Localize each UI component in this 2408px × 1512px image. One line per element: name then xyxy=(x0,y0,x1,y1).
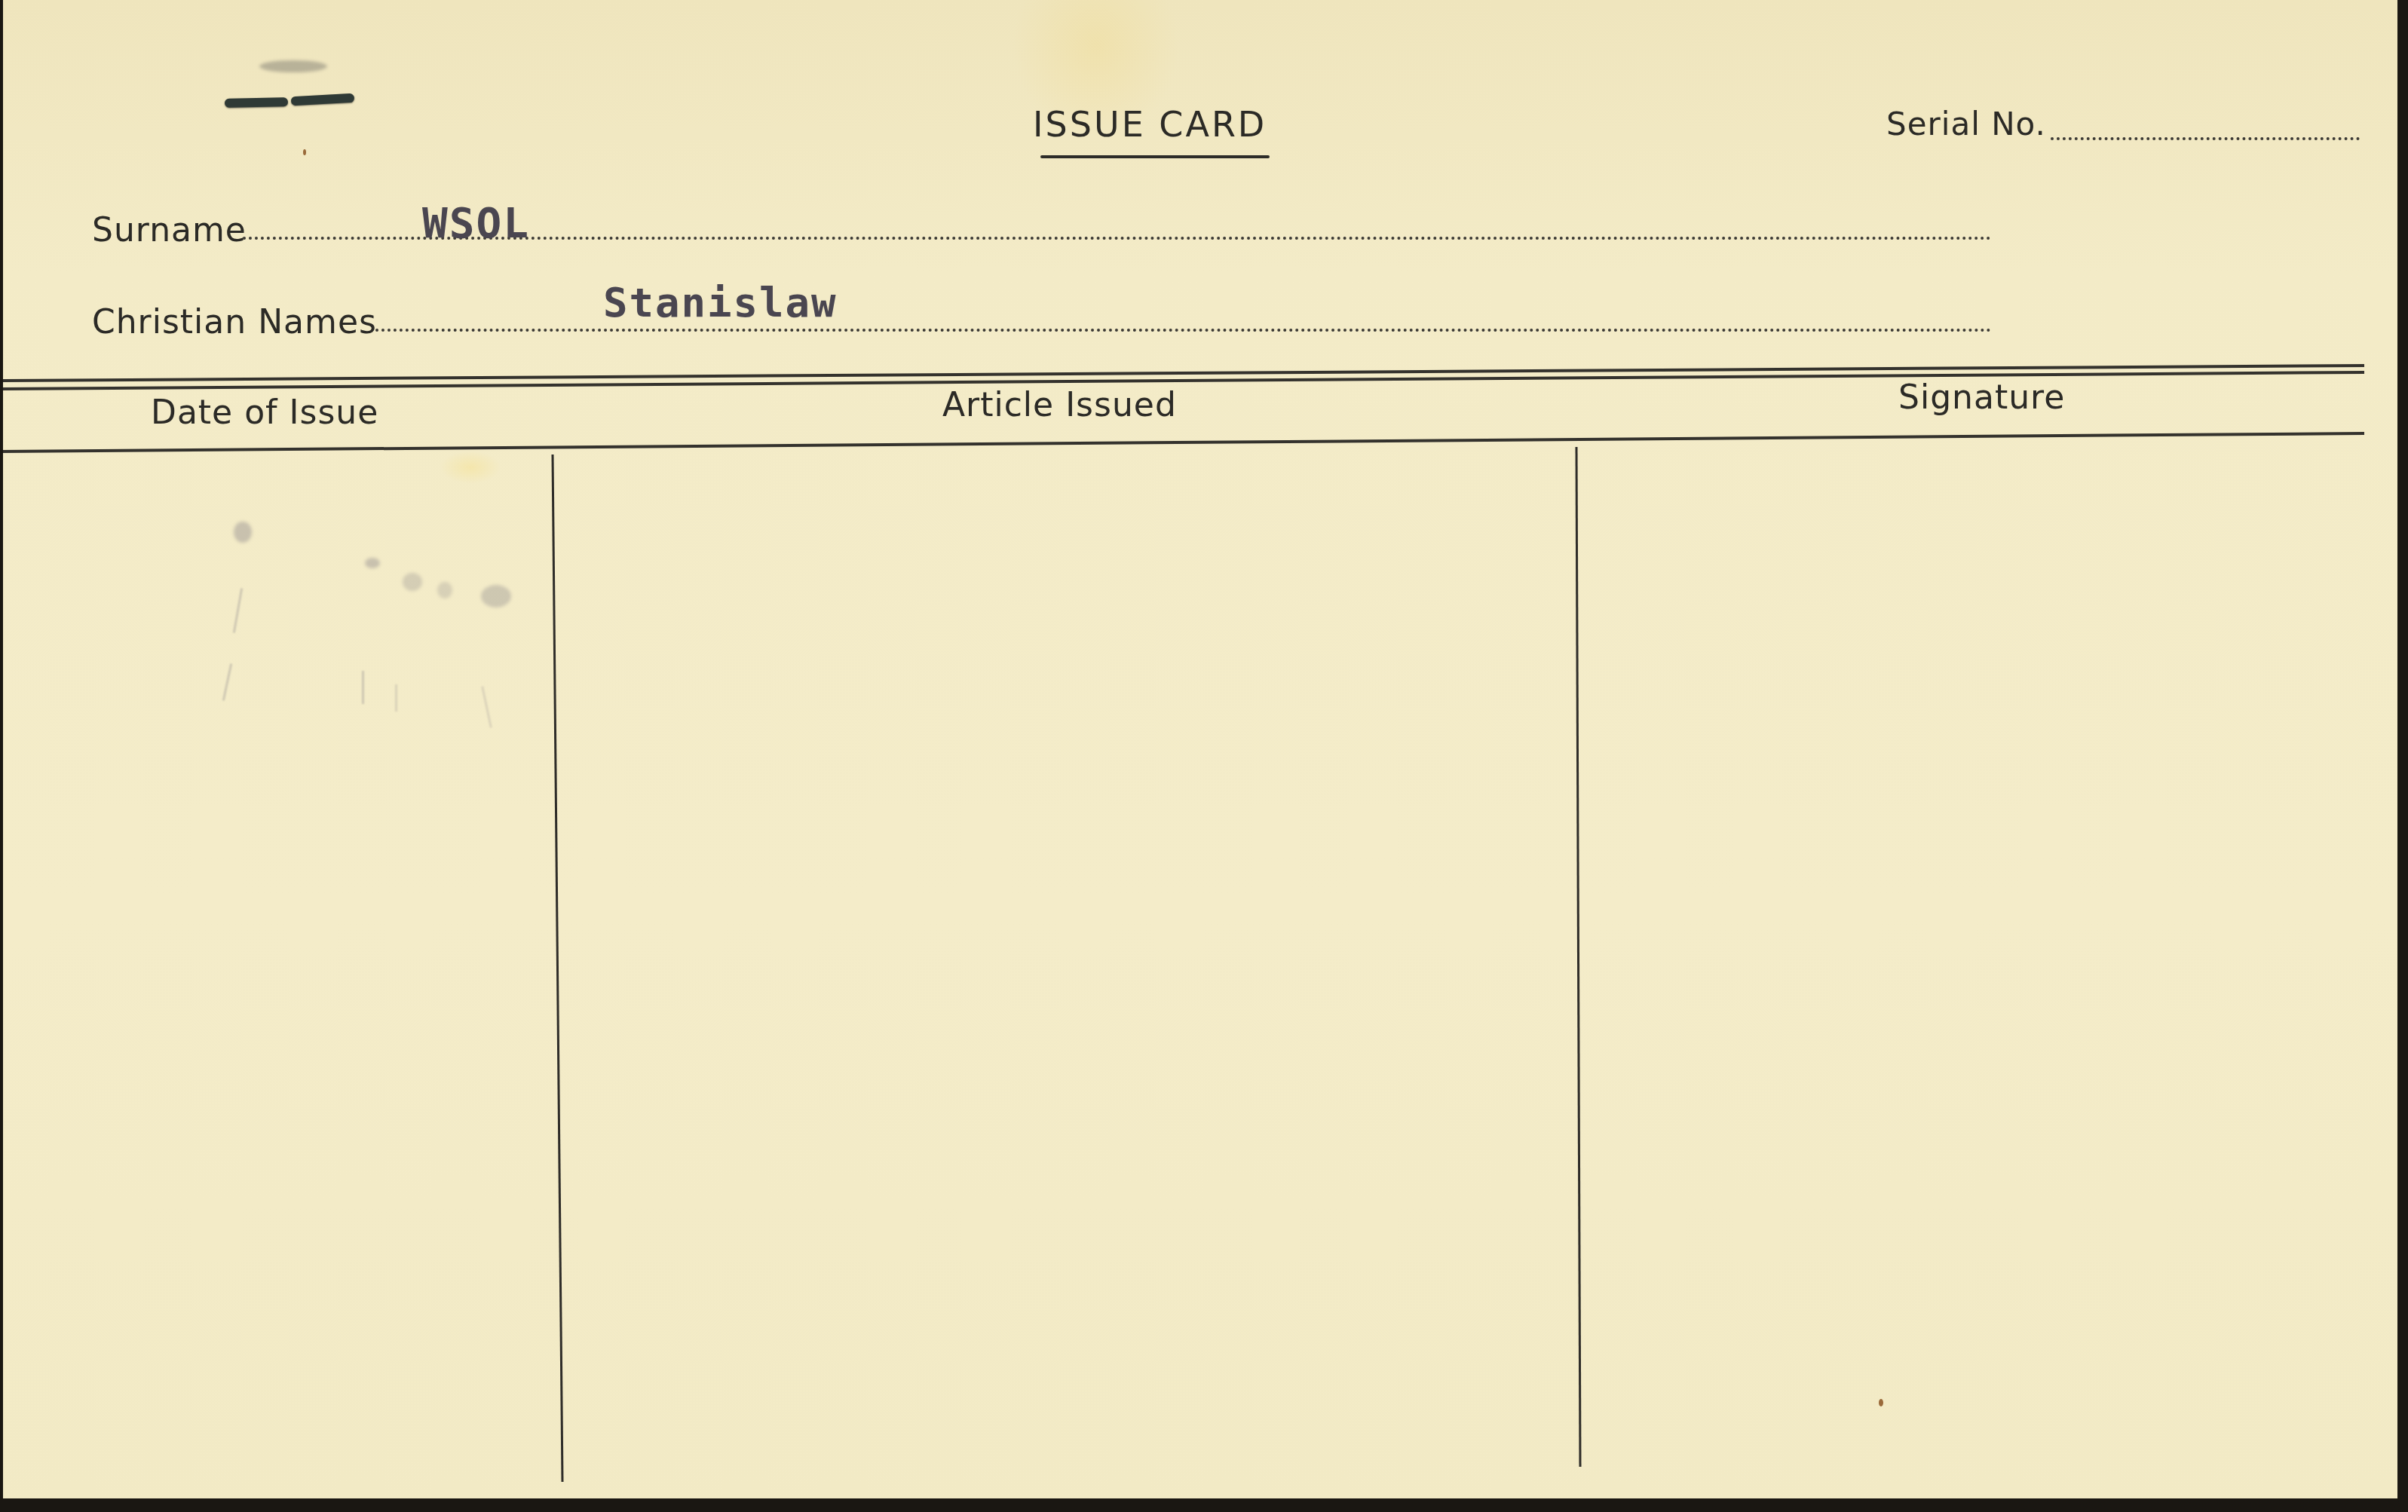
column-divider-2 xyxy=(1576,447,1580,1467)
signature-column[interactable] xyxy=(1583,445,2394,1485)
column-divider-1 xyxy=(553,455,562,1482)
column-header-signature: Signature xyxy=(1898,378,2065,417)
paper-speck xyxy=(1879,1399,1883,1406)
issue-card: ISSUE CARD Serial No. Surname WSOL Chris… xyxy=(3,0,2397,1504)
date-of-issue-column[interactable] xyxy=(3,460,550,1492)
article-issued-column[interactable] xyxy=(562,456,1573,1489)
column-header-date-of-issue: Date of Issue xyxy=(151,393,378,432)
column-header-article-issued: Article Issued xyxy=(942,386,1177,424)
paper-speck xyxy=(303,149,306,155)
